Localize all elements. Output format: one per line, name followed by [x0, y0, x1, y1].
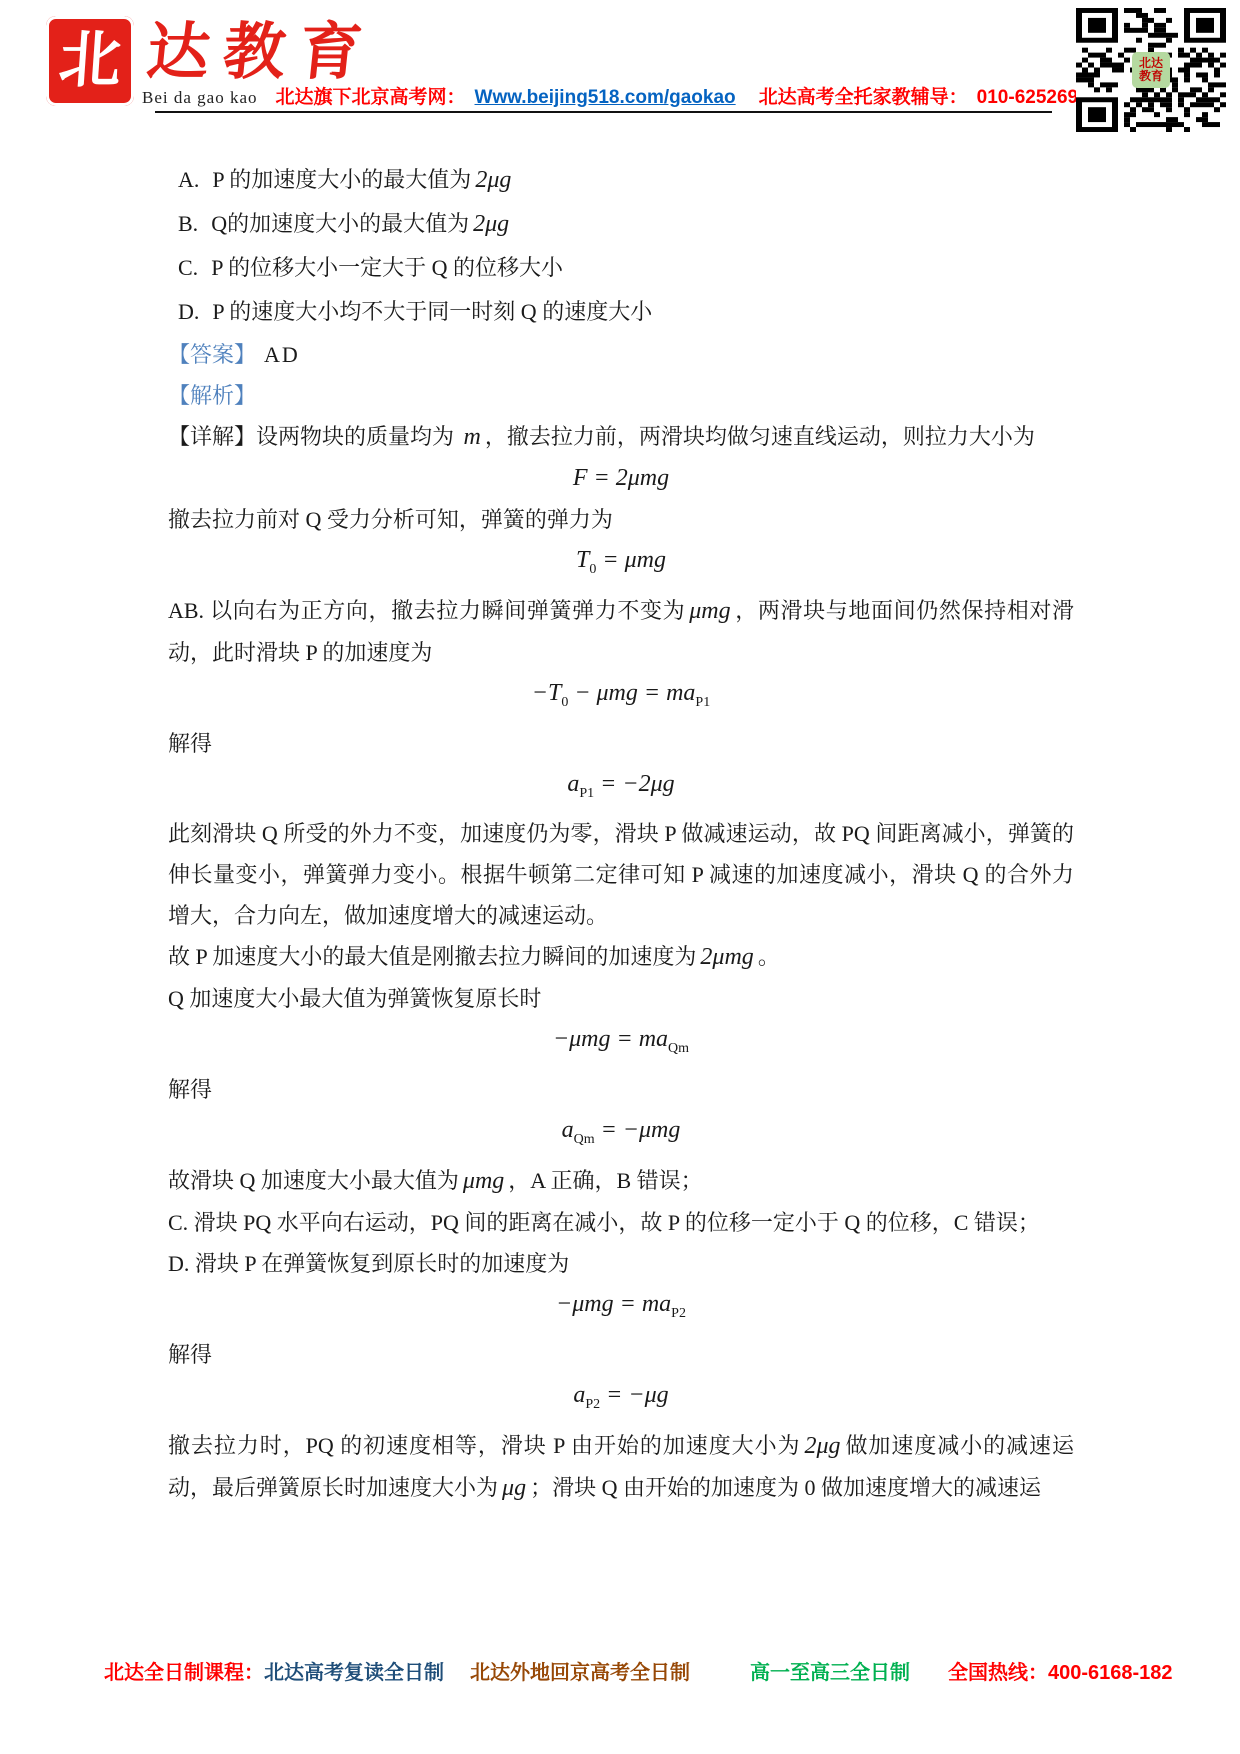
- option-text: Q的加速度大小的最大值为: [211, 211, 469, 236]
- para-conclusion-ab: 故滑块 Q 加速度大小最大值为μmg，A 正确，B 错误；: [168, 1160, 1074, 1202]
- formula-text: − μmg = ma: [568, 680, 695, 706]
- formula-text: = μmg: [596, 547, 666, 573]
- answer-value: AD: [264, 342, 300, 367]
- answer-row: 【答案】AD: [168, 334, 1074, 375]
- solution-content: A.P 的加速度大小的最大值为2μg B.Q的加速度大小的最大值为2μg C.P…: [168, 158, 1074, 1509]
- para-text: 撤去拉力时，PQ 的初速度相等，滑块 P 由开始的加速度大小为: [168, 1433, 801, 1458]
- para-text: 故 P 加速度大小的最大值是刚撤去拉力瞬间的加速度为: [168, 944, 696, 969]
- option-math: 2μg: [471, 167, 515, 193]
- seal-character: 北: [57, 30, 123, 92]
- para-spring-force: 撤去拉力前对 Q 受力分析可知，弹簧的弹力为: [168, 499, 1074, 540]
- para-ab-analysis: AB. 以向右为正方向，撤去拉力瞬间弹簧弹力不变为μmg，两滑块与地面间仍然保持…: [168, 590, 1074, 673]
- formula-p2-newton: −μmg = maP2: [168, 1284, 1074, 1334]
- para-text: Q 加速度大小最大值为弹簧恢复原长时: [168, 986, 541, 1011]
- formula-text: F = 2μmg: [573, 465, 669, 491]
- footer-grade-program: 高一至高三全日制: [750, 1662, 910, 1684]
- formula-a-qm: aQm = −μmg: [168, 1110, 1074, 1160]
- option-row-c: C.P 的位移大小一定大于 Q 的位移大小: [168, 246, 1074, 290]
- para-text: 撤去拉力前对 Q 受力分析可知，弹簧的弹力为: [168, 507, 613, 532]
- formula-p-newton: −T0 − μmg = maP1: [168, 673, 1074, 723]
- site-link[interactable]: Www.beijing518.com/gaokao: [475, 87, 736, 109]
- solve-label: 解得: [168, 1342, 212, 1367]
- header-contact-row: Bei da gao kao 北达旗下北京高考网： Www.beijing518…: [142, 82, 1072, 109]
- inline-math: μg: [498, 1475, 530, 1501]
- inline-math: 2μmg: [696, 944, 757, 970]
- formula-subscript: Qm: [574, 1132, 595, 1147]
- detail-text: 设两物块的质量均为: [256, 424, 460, 449]
- detail-tag: 【详解】: [168, 424, 256, 449]
- formula-subscript: Qm: [668, 1041, 689, 1056]
- math-mass: m: [460, 424, 485, 450]
- formula-subscript: P1: [695, 695, 710, 710]
- inline-math: 2μg: [801, 1433, 845, 1459]
- header-divider: [155, 111, 1052, 113]
- qr-code: 北达 教育: [1076, 8, 1226, 132]
- para-text: ，A 正确，B 错误；: [508, 1168, 702, 1193]
- document-page: 北 达教育 Bei da gao kao 北达旗下北京高考网： Www.beij…: [0, 0, 1240, 1754]
- option-row-a: A.P 的加速度大小的最大值为2μg: [168, 158, 1074, 202]
- analysis-tag: 【解析】: [168, 383, 256, 408]
- site-label: 北达旗下北京高考网：: [276, 82, 466, 109]
- option-text: P 的加速度大小的最大值为: [212, 167, 471, 192]
- solve-row: 解得: [168, 723, 1074, 764]
- footer-repeat-program: 北达高考复读全日制: [264, 1662, 444, 1684]
- option-math: 2μg: [469, 211, 513, 237]
- para-text: AB. 以向右为正方向，撤去拉力瞬间弹簧弹力不变为: [168, 598, 685, 623]
- footer-hotline: 全国热线：400-6168-182: [948, 1662, 1173, 1684]
- solve-label: 解得: [168, 731, 212, 756]
- brand-roman-text: Bei da gao kao: [142, 88, 258, 108]
- formula-text: a: [567, 771, 579, 797]
- detail-text: ，撤去拉力前，两滑块均做匀速直线运动，则拉力大小为: [485, 424, 1035, 449]
- para-text: ；滑块 Q 由开始的加速度为 0 做加速度增大的减速运: [530, 1475, 1041, 1500]
- formula-a-p1: aP1 = −2μg: [168, 764, 1074, 814]
- para-text: 此刻滑块 Q 所受的外力不变，加速度仍为零，滑块 P 做减速运动，故 PQ 间距…: [168, 821, 1074, 928]
- formula-text: a: [573, 1382, 585, 1408]
- solve-label: 解得: [168, 1077, 212, 1102]
- footer-course-label: 北达全日制课程：: [104, 1662, 264, 1684]
- formula-q-newton: −μmg = maQm: [168, 1019, 1074, 1069]
- solve-row: 解得: [168, 1334, 1074, 1375]
- formula-subscript: P1: [579, 785, 594, 800]
- inline-math: μmg: [685, 598, 734, 624]
- formula-text: −μmg = ma: [553, 1026, 668, 1052]
- formula-text: = −μmg: [595, 1117, 681, 1143]
- formula-text: T: [576, 547, 589, 573]
- option-row-d: D.P 的速度大小均不大于同一时刻 Q 的速度大小: [168, 290, 1074, 334]
- para-option-d-analysis: D. 滑块 P 在弹簧恢复到原长时的加速度为: [168, 1243, 1074, 1284]
- brand-title: 达教育: [143, 2, 380, 91]
- para-text: 故滑块 Q 加速度大小最大值为: [168, 1168, 459, 1193]
- para-text: 。: [758, 944, 780, 969]
- qr-center-badge: 北达 教育: [1132, 52, 1170, 88]
- solve-row: 解得: [168, 1069, 1074, 1110]
- option-label: C.: [178, 255, 198, 280]
- option-text: P 的位移大小一定大于 Q 的位移大小: [211, 255, 563, 280]
- para-text: C. 滑块 PQ 水平向右运动，PQ 间的距离在减小，故 P 的位移一定小于 Q…: [168, 1210, 1040, 1235]
- option-label: D.: [178, 299, 199, 324]
- option-label: A.: [178, 167, 199, 192]
- formula-spring-tension: T0 = μmg: [168, 540, 1074, 590]
- para-q-max-condition: Q 加速度大小最大值为弹簧恢复原长时: [168, 978, 1074, 1019]
- detail-intro-para: 【详解】设两物块的质量均为 m，撤去拉力前，两滑块均做匀速直线运动，则拉力大小为: [168, 416, 1074, 458]
- qr-badge-text: 教育: [1139, 70, 1163, 83]
- formula-text: −T: [532, 680, 562, 706]
- footer-bar: 北达全日制课程：北达高考复读全日制北达外地回京高考全日制高一至高三全日制全国热线…: [104, 1656, 1173, 1685]
- answer-tag: 【答案】: [168, 342, 256, 367]
- para-q-analysis: 此刻滑块 Q 所受的外力不变，加速度仍为零，滑块 P 做减速运动，故 PQ 间距…: [168, 813, 1074, 936]
- para-final-comparison: 撤去拉力时，PQ 的初速度相等，滑块 P 由开始的加速度大小为2μg做加速度减小…: [168, 1425, 1074, 1509]
- option-label: B.: [178, 211, 198, 236]
- formula-text: = −μg: [600, 1382, 668, 1408]
- inline-math: μmg: [459, 1168, 508, 1194]
- phone-label: 北达高考全托家教辅导：: [759, 82, 968, 109]
- formula-pull-force: F = 2μmg: [168, 458, 1074, 499]
- formula-a-p2: aP2 = −μg: [168, 1375, 1074, 1425]
- para-text: D. 滑块 P 在弹簧恢复到原长时的加速度为: [168, 1251, 569, 1276]
- formula-subscript: P2: [671, 1306, 686, 1321]
- formula-text: a: [562, 1117, 574, 1143]
- para-p-max-acceleration: 故 P 加速度大小的最大值是刚撤去拉力瞬间的加速度为2μmg。: [168, 936, 1074, 978]
- option-text: P 的速度大小均不大于同一时刻 Q 的速度大小: [212, 299, 652, 324]
- analysis-row: 【解析】: [168, 375, 1074, 416]
- formula-text: = −2μg: [594, 771, 674, 797]
- para-option-c-analysis: C. 滑块 PQ 水平向右运动，PQ 间的距离在减小，故 P 的位移一定小于 Q…: [168, 1202, 1074, 1243]
- footer-return-program: 北达外地回京高考全日制: [470, 1662, 690, 1684]
- formula-subscript: P2: [585, 1397, 600, 1412]
- brand-seal: 北: [46, 16, 134, 106]
- formula-text: −μmg = ma: [556, 1291, 671, 1317]
- option-row-b: B.Q的加速度大小的最大值为2μg: [168, 202, 1074, 246]
